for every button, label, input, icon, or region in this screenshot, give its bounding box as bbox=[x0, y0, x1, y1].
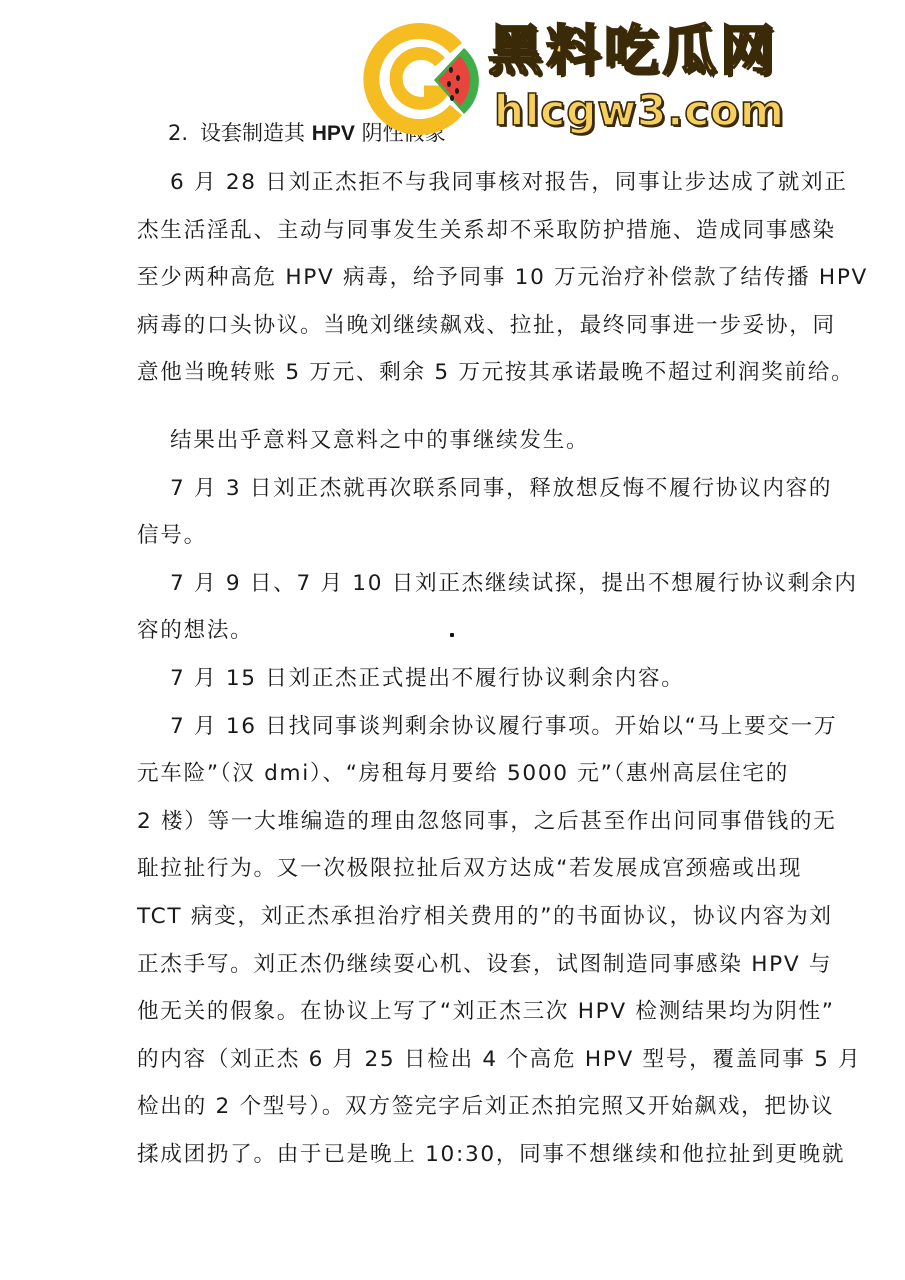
text-line: 6 月 28 日刘正杰拒不与我同事核对报告，同事让步达成了就刘正 bbox=[137, 159, 769, 207]
text-line: 信号。 bbox=[137, 512, 769, 560]
text-line: 至少两种高危 HPV 病毒，给予同事 10 万元治疗补偿款了结传播 HPV bbox=[137, 254, 769, 302]
text-line: 杰生活淫乱、主动与同事发生关系却不采取防护措施、造成同事感染 bbox=[137, 207, 769, 255]
text-line: 意他当晚转账 5 万元、剩余 5 万元按其承诺最晚不超过利润奖前给。 bbox=[137, 349, 769, 397]
paragraph-agreement: 6 月 28 日刘正杰拒不与我同事核对报告，同事让步达成了就刘正 杰生活淫乱、主… bbox=[137, 159, 769, 397]
paragraph-july-3: 7 月 3 日刘正杰就再次联系同事，释放想反悔不履行协议内容的 信号。 bbox=[137, 465, 769, 560]
text-line: 正杰手写。刘正杰仍继续耍心机、设套，试图制造同事感染 HPV 与 bbox=[137, 941, 769, 989]
melon-c-logo-icon bbox=[360, 18, 480, 138]
text-line: TCT 病变，刘正杰承担治疗相关费用的”的书面协议，协议内容为刘 bbox=[137, 893, 769, 941]
heading-text-before: 设套制造其 bbox=[200, 121, 305, 145]
section-number: 2. bbox=[168, 121, 188, 145]
watermark-site-name: 黑料吃瓜网 bbox=[488, 20, 778, 82]
text-line: 病毒的口头协议。当晚刘继续飙戏、拉扯，最终同事进一步妥协，同 bbox=[137, 302, 769, 350]
text-line: 元车险”（汉 dmi）、“房租每月要给 5000 元”（惠州高层住宅的 bbox=[137, 750, 769, 798]
watermark-logo: 黑料吃瓜网 hlcgw3.com bbox=[360, 18, 800, 143]
text-line: 7 月 15 日刘正杰正式提出不履行协议剩余内容。 bbox=[137, 655, 769, 703]
heading-text-bold: HPV bbox=[312, 122, 355, 145]
text-line: 检出的 2 个型号）。双方签完字后刘正杰拍完照又开始飙戏，把协议 bbox=[137, 1083, 769, 1131]
text-line: 容的想法。 bbox=[137, 607, 769, 655]
stray-dot-mark bbox=[450, 633, 454, 637]
text-line: 2 楼）等一大堆编造的理由忽悠同事，之后甚至作出问同事借钱的无 bbox=[137, 798, 769, 846]
text-line: 他无关的假象。在协议上写了“刘正杰三次 HPV 检测结果均为阴性” bbox=[137, 988, 769, 1036]
paragraph-result: 结果出乎意料又意料之中的事继续发生。 bbox=[137, 417, 769, 465]
paragraph-gap bbox=[137, 397, 769, 417]
text-line: 揉成团扔了。由于已是晚上 10:30，同事不想继续和他拉扯到更晚就 bbox=[137, 1131, 769, 1179]
watermark-site-url: hlcgw3.com bbox=[494, 86, 785, 136]
text-line: 7 月 3 日刘正杰就再次联系同事，释放想反悔不履行协议内容的 bbox=[137, 465, 769, 513]
document-body: 6 月 28 日刘正杰拒不与我同事核对报告，同事让步达成了就刘正 杰生活淫乱、主… bbox=[137, 159, 769, 1178]
text-line: 耻拉扯行为。又一次极限拉扯后双方达成“若发展成宫颈癌或出现 bbox=[137, 845, 769, 893]
text-line: 7 月 9 日、7 月 10 日刘正杰继续试探，提出不想履行协议剩余内 bbox=[137, 560, 769, 608]
paragraph-july-16: 7 月 16 日找同事谈判剩余协议履行事项。开始以“马上要交一万 元车险”（汉 … bbox=[137, 703, 769, 1179]
text-line: 7 月 16 日找同事谈判剩余协议履行事项。开始以“马上要交一万 bbox=[137, 703, 769, 751]
document-page: 2.设套制造其 HPV 阴性假象 6 月 28 日刘正杰拒不与我同事核对报告，同… bbox=[0, 0, 905, 1280]
paragraph-july-15: 7 月 15 日刘正杰正式提出不履行协议剩余内容。 bbox=[137, 655, 769, 703]
paragraph-july-9-10: 7 月 9 日、7 月 10 日刘正杰继续试探，提出不想履行协议剩余内 容的想法… bbox=[137, 560, 769, 655]
text-line: 结果出乎意料又意料之中的事继续发生。 bbox=[137, 417, 769, 465]
text-line: 的内容（刘正杰 6 月 25 日检出 4 个高危 HPV 型号，覆盖同事 5 月 bbox=[137, 1036, 769, 1084]
